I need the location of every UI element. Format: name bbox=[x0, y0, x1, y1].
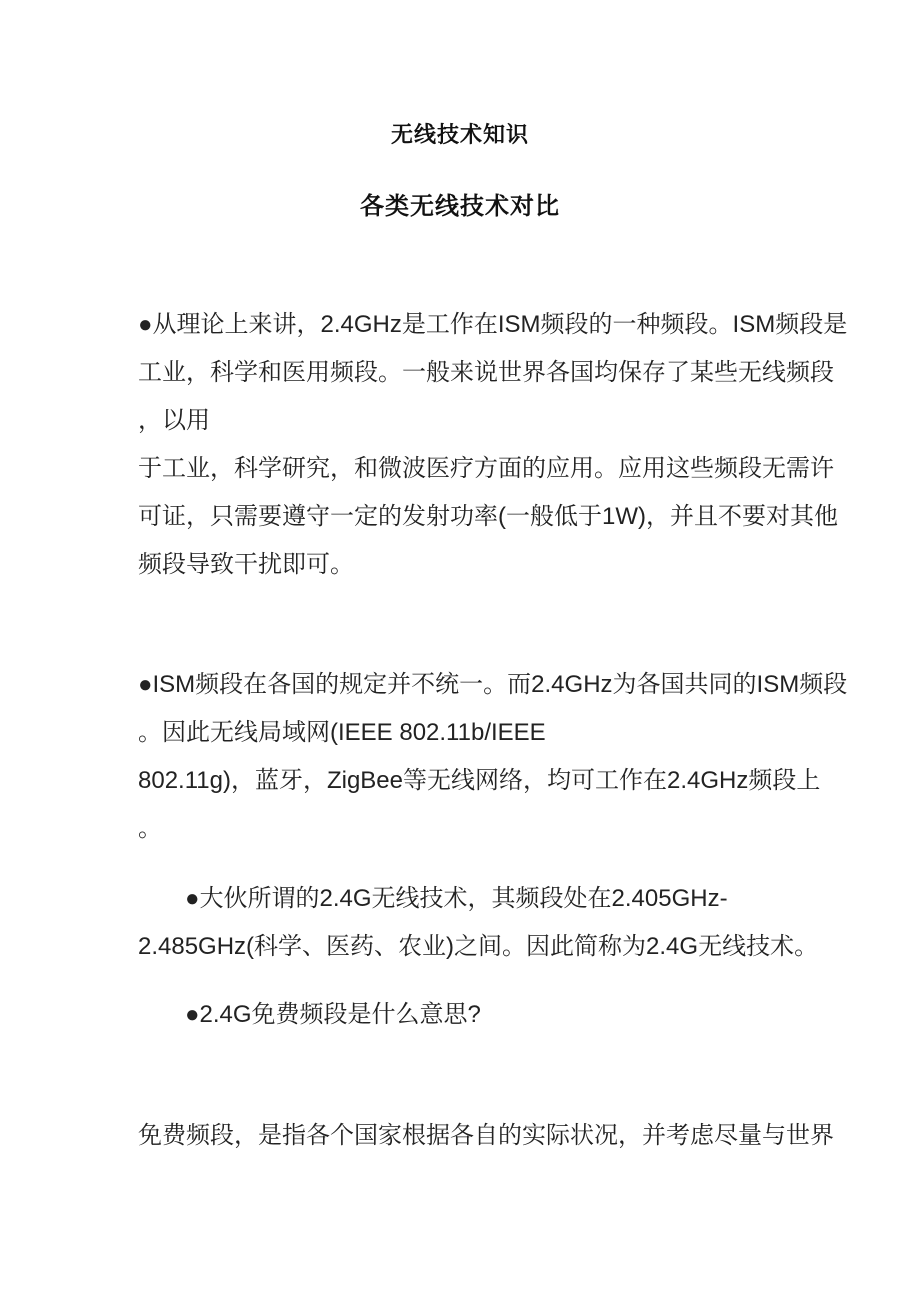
text-line: 。 bbox=[138, 805, 828, 853]
text-line: 频段导致干扰即可。 bbox=[138, 541, 828, 589]
text-line: 工业，科学和医用频段。一般来说世界各国均保存了某些无线频段 bbox=[138, 349, 828, 397]
paragraph-ism-regulation: ●ISM频段在各国的规定并不统一。而2.4GHz为各国共同的ISM频段 。因此无… bbox=[138, 661, 828, 853]
paragraph-free-band-answer: 免费频段，是指各个国家根据各自的实际状况，并考虑尽量与世界 bbox=[138, 1112, 828, 1160]
text-line: ●大伙所谓的2.4G无线技术，其频段处在2.405GHz- bbox=[138, 875, 828, 923]
text-line: 。因此无线局域网(IEEE 802.11b/IEEE bbox=[138, 709, 828, 757]
paragraph-24g-definition: ●大伙所谓的2.4G无线技术，其频段处在2.405GHz- 2.485GHz(科… bbox=[138, 875, 828, 971]
text-line: 可证，只需要遵守一定的发射功率(一般低于1W)，并且不要对其他 bbox=[138, 493, 828, 541]
document-subtitle: 各类无线技术对比 bbox=[0, 186, 920, 221]
document-page: 无线技术知识 各类无线技术对比 ●从理论上来讲，2.4GHz是工作在ISM频段的… bbox=[0, 0, 920, 1302]
text-line: 802.11g)，蓝牙，ZigBee等无线网络，均可工作在2.4GHz频段上 bbox=[138, 757, 828, 805]
text-line: 于工业，科学研究，和微波医疗方面的应用。应用这些频段无需许 bbox=[138, 445, 828, 493]
text-line: ●ISM频段在各国的规定并不统一。而2.4GHz为各国共同的ISM频段 bbox=[138, 661, 828, 709]
text-line: ●从理论上来讲，2.4GHz是工作在ISM频段的一种频段。ISM频段是 bbox=[138, 301, 828, 349]
text-line: ●2.4G免费频段是什么意思? bbox=[138, 991, 828, 1039]
paragraph-free-band-question: ●2.4G免费频段是什么意思? bbox=[138, 991, 828, 1039]
text-line: 2.485GHz(科学、医药、农业)之间。因此简称为2.4G无线技术。 bbox=[138, 923, 828, 971]
text-line: 免费频段，是指各个国家根据各自的实际状况，并考虑尽量与世界 bbox=[138, 1112, 828, 1160]
text-line: ，以用 bbox=[138, 397, 828, 445]
document-title: 无线技术知识 bbox=[0, 118, 920, 149]
paragraph-ism-intro: ●从理论上来讲，2.4GHz是工作在ISM频段的一种频段。ISM频段是 工业，科… bbox=[138, 301, 828, 589]
